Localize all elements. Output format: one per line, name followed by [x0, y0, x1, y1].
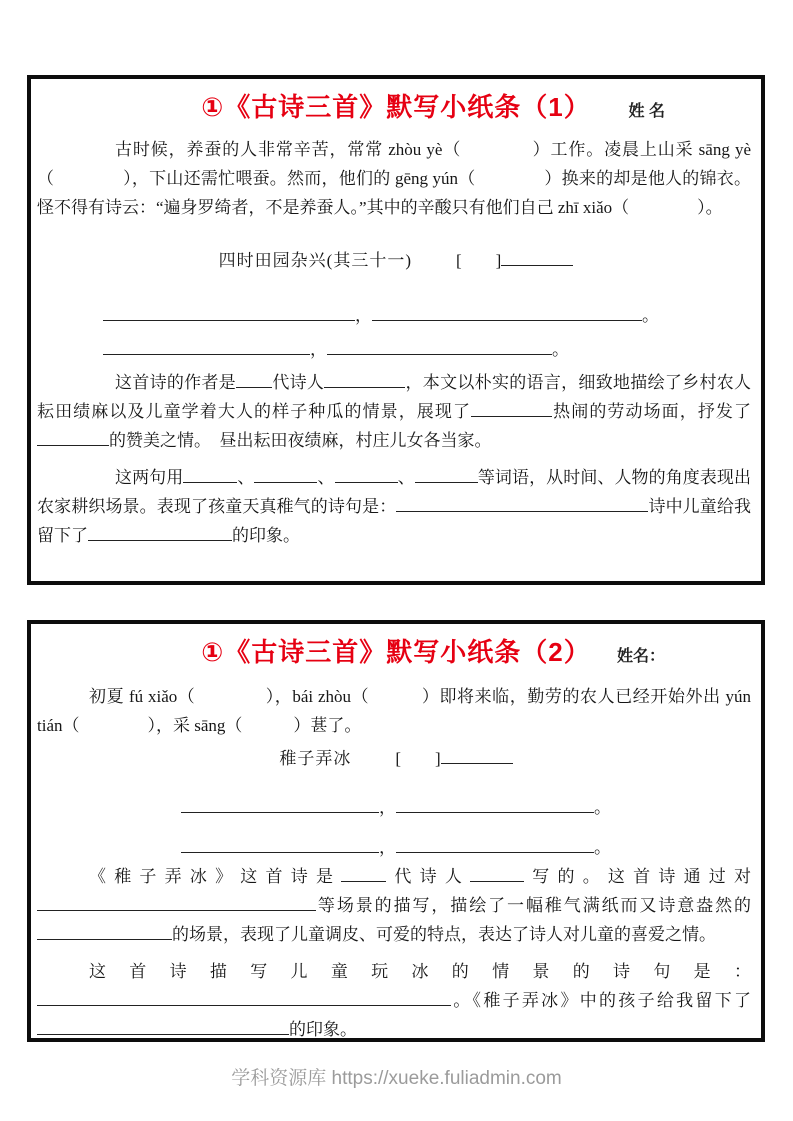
worksheet-sheet: ①《古诗三首》默写小纸条（1） 姓 名 古时候，养蚕的人非常辛苦，常常 zhòu… [0, 0, 793, 1121]
answer-blank-line [327, 340, 552, 355]
answer-blank-line [441, 749, 513, 764]
answer-blank-line [37, 991, 451, 1006]
card-2-poem-blank-line-1: ，。 [35, 796, 757, 820]
worksheet-card-2: ①《古诗三首》默写小纸条（2） 姓名： 初夏 fú xiǎo（ ），bái zh… [27, 620, 765, 1042]
answer-blank-line [470, 867, 524, 882]
answer-blank-line [501, 251, 573, 266]
answer-blank-line [471, 402, 552, 417]
answer-blank-line [341, 867, 386, 882]
worksheet-page: { "colors": { "title_red": "#e60012", "b… [0, 0, 793, 1121]
answer-blank-line [181, 838, 379, 853]
card-2-analysis-paragraph-1: 《稚子弄冰》这首诗是代诗人写的。这首诗通过对等场景的描写，描绘了一幅稚气满纸而又… [37, 862, 751, 949]
card-1-poem-title: 四时田园杂兴(其三十一) [219, 248, 412, 274]
answer-blank-line [396, 838, 594, 853]
card-1-analysis-paragraph-2: 这两句用、、、等词语，从时间、人物的角度表现出农家耕织场景。表现了孩童天真稚气的… [37, 463, 751, 550]
card-2-poem-title-row: 稚子弄冰 [ ] [35, 746, 757, 772]
card-2-poem-dynasty-author-blank: [ ] [395, 746, 512, 772]
footer-watermark: 学科资源库 https://xueke.fuliadmin.com [0, 1063, 793, 1090]
answer-blank-line [396, 497, 648, 512]
answer-blank-line [103, 306, 355, 321]
card-2-title: ①《古诗三首》默写小纸条（2） [201, 636, 590, 668]
card-2-poem-title: 稚子弄冰 [279, 746, 351, 772]
answer-blank-line [181, 798, 379, 813]
card-1-analysis-paragraph-1: 这首诗的作者是代诗人，本文以朴实的语言，细致地描绘了乡村农人耘田绩麻以及儿童学着… [37, 368, 751, 455]
answer-blank-line [335, 468, 398, 483]
answer-blank-line [254, 468, 317, 483]
answer-blank-line [37, 925, 172, 940]
card-1-poem-dynasty-author-blank: [ ] [456, 248, 573, 274]
card-1-header: ①《古诗三首》默写小纸条（1） 姓 名 [35, 91, 757, 125]
card-2-poem-blank-line-2: ，。 [35, 836, 757, 860]
answer-blank-line [396, 798, 594, 813]
card-1-intro-paragraph: 古时候，养蚕的人非常辛苦，常常 zhòu yè（ ）工作。凌晨上山采 sāng … [37, 135, 751, 222]
answer-blank-line [324, 373, 405, 388]
card-1-title: ①《古诗三首》默写小纸条（1） [201, 91, 590, 123]
answer-blank-line [236, 373, 272, 388]
card-1-poem-title-row: 四时田园杂兴(其三十一) [ ] [35, 248, 757, 274]
answer-blank-line [37, 896, 316, 911]
answer-blank-line [183, 468, 237, 483]
answer-blank-line [103, 340, 310, 355]
card-1-poem-blank-line-2: ，。 [35, 338, 757, 362]
worksheet-card-1: ①《古诗三首》默写小纸条（1） 姓 名 古时候，养蚕的人非常辛苦，常常 zhòu… [27, 75, 765, 585]
answer-blank-line [372, 306, 642, 321]
card-2-analysis-paragraph-2: 这首诗描写儿童玩冰的情景的诗句是：。《稚子弄冰》中的孩子给我留下了的印象。 [37, 957, 751, 1042]
answer-blank-line [88, 526, 232, 541]
answer-blank-line [37, 431, 109, 446]
answer-blank-line [415, 468, 478, 483]
card-1-poem-blank-line-1: ，。 [35, 304, 757, 328]
card-2-header: ①《古诗三首》默写小纸条（2） 姓名： [35, 636, 757, 670]
card-2-name-label: 姓名： [617, 643, 665, 666]
card-2-intro-paragraph: 初夏 fú xiǎo（ ），bái zhòu（ ）即将来临，勤劳的农人已经开始外… [37, 682, 751, 740]
answer-blank-line [37, 1020, 289, 1035]
card-1-name-label: 姓 名 [629, 98, 665, 121]
